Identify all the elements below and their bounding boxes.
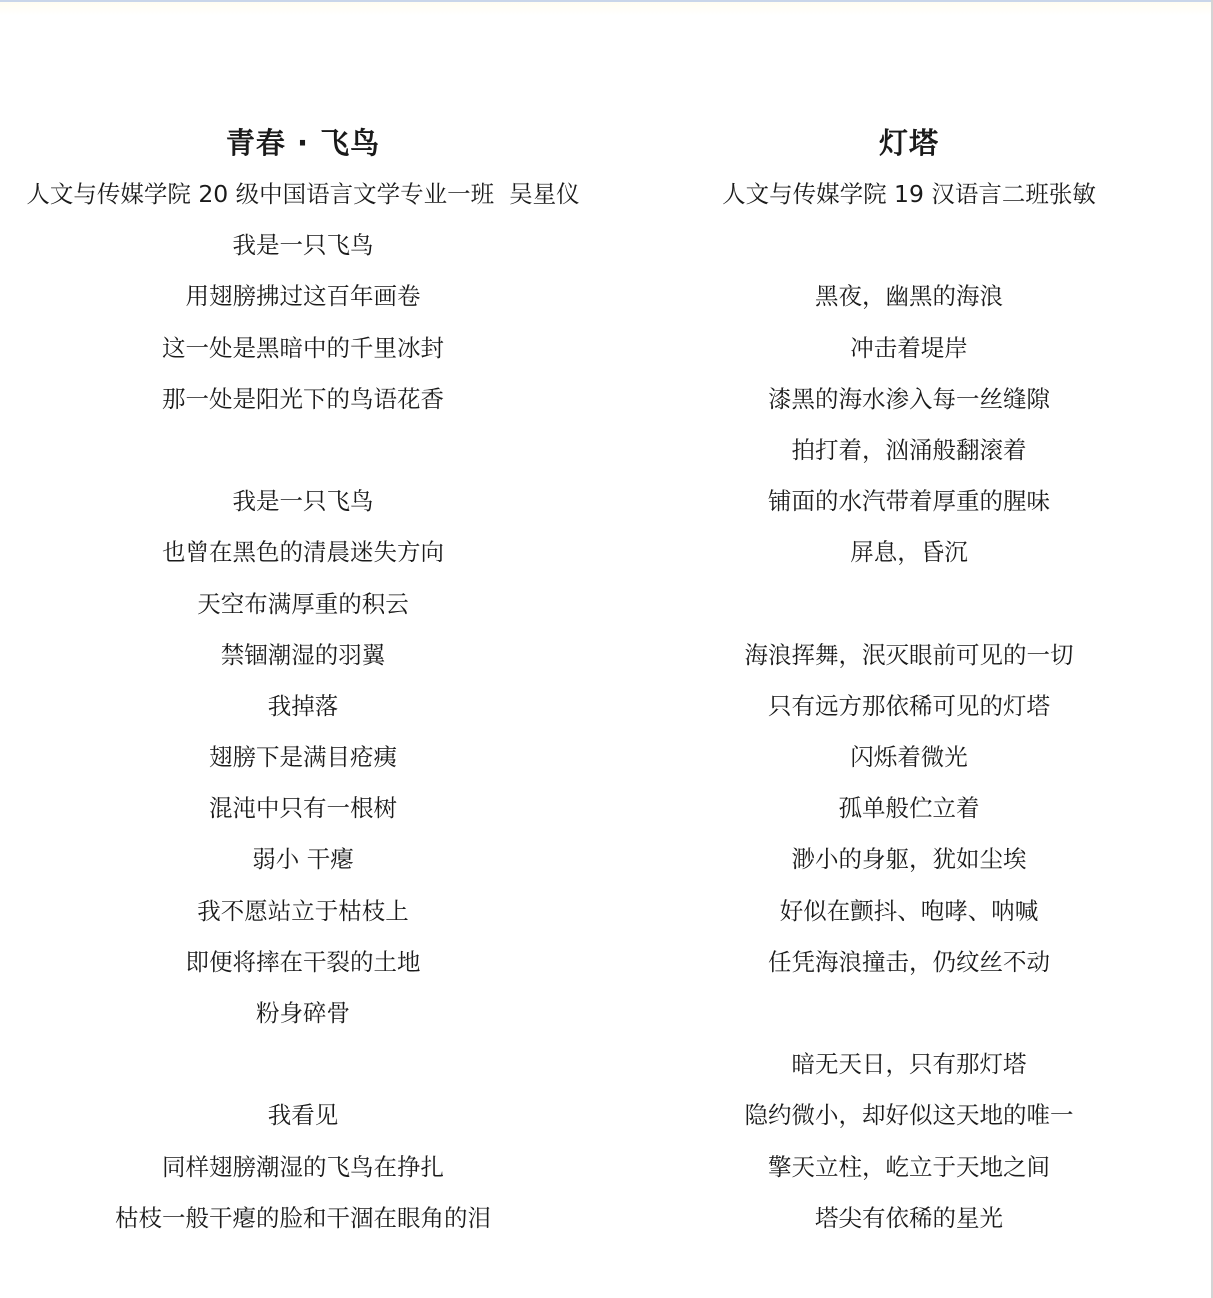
poem-line: 擎天立柱，屹立于天地之间 — [606, 1142, 1212, 1193]
poem-line: 任凭海浪撞击，仍纹丝不动 — [606, 937, 1212, 988]
poem-byline: 人文与传媒学院 19 汉语言二班张敏 — [606, 169, 1212, 220]
stanza-break — [606, 220, 1212, 271]
stanza-break — [606, 579, 1212, 630]
poem-line: 粉身碎骨 — [0, 988, 606, 1039]
poem-line: 天空布满厚重的积云 — [0, 579, 606, 630]
poem-line: 只有远方那依稀可见的灯塔 — [606, 681, 1212, 732]
stanza-break — [0, 1039, 606, 1090]
stanza-break — [0, 425, 606, 476]
poem-line: 黑夜，幽黑的海浪 — [606, 271, 1212, 322]
poem-line: 隐约微小，却好似这天地的唯一 — [606, 1090, 1212, 1141]
poem-line: 同样翅膀潮湿的飞鸟在挣扎 — [0, 1142, 606, 1193]
poem-line: 我是一只飞鸟 — [0, 476, 606, 527]
stanza-break — [606, 988, 1212, 1039]
poem-line: 即便将摔在干裂的土地 — [0, 937, 606, 988]
poem-line: 铺面的水汽带着厚重的腥味 — [606, 476, 1212, 527]
poem-line: 我看见 — [0, 1090, 606, 1141]
poem-line: 闪烁着微光 — [606, 732, 1212, 783]
poem-column-left: 青春 · 飞鸟 人文与传媒学院 20 级中国语言文学专业一班 吴星仪 我是一只飞… — [0, 118, 606, 1244]
poem-line: 孤单般伫立着 — [606, 783, 1212, 834]
poem-line: 好似在颤抖、咆哮、呐喊 — [606, 886, 1212, 937]
poem-byline: 人文与传媒学院 20 级中国语言文学专业一班 吴星仪 — [0, 169, 606, 220]
poem-line: 混沌中只有一根树 — [0, 783, 606, 834]
poem-column-right: 灯塔 人文与传媒学院 19 汉语言二班张敏 黑夜，幽黑的海浪 冲击着堤岸 漆黑的… — [606, 118, 1212, 1244]
poem-line: 那一处是阳光下的鸟语花香 — [0, 374, 606, 425]
poem-line: 我是一只飞鸟 — [0, 220, 606, 271]
poem-line: 漆黑的海水渗入每一丝缝隙 — [606, 374, 1212, 425]
poem-line: 禁锢潮湿的羽翼 — [0, 630, 606, 681]
poem-line: 翅膀下是满目疮痍 — [0, 732, 606, 783]
poem-line: 这一处是黑暗中的千里冰封 — [0, 323, 606, 374]
poem-line: 拍打着，汹涌般翻滚着 — [606, 425, 1212, 476]
poem-line: 海浪挥舞，泯灭眼前可见的一切 — [606, 630, 1212, 681]
poem-line: 我不愿站立于枯枝上 — [0, 886, 606, 937]
poem-line: 冲击着堤岸 — [606, 323, 1212, 374]
poem-line: 枯枝一般干瘪的脸和干涸在眼角的泪 — [0, 1193, 606, 1244]
poem-title: 灯塔 — [606, 118, 1212, 169]
poem-line: 塔尖有依稀的星光 — [606, 1193, 1212, 1244]
poem-line: 屏息，昏沉 — [606, 527, 1212, 578]
poem-line: 弱小 干瘪 — [0, 834, 606, 885]
page-top-shade — [0, 2, 1213, 16]
poem-line: 我掉落 — [0, 681, 606, 732]
poem-line: 渺小的身躯，犹如尘埃 — [606, 834, 1212, 885]
poem-line: 用翅膀拂过这百年画卷 — [0, 271, 606, 322]
poem-title: 青春 · 飞鸟 — [0, 118, 606, 169]
poem-line: 暗无天日，只有那灯塔 — [606, 1039, 1212, 1090]
poem-line: 也曾在黑色的清晨迷失方向 — [0, 527, 606, 578]
